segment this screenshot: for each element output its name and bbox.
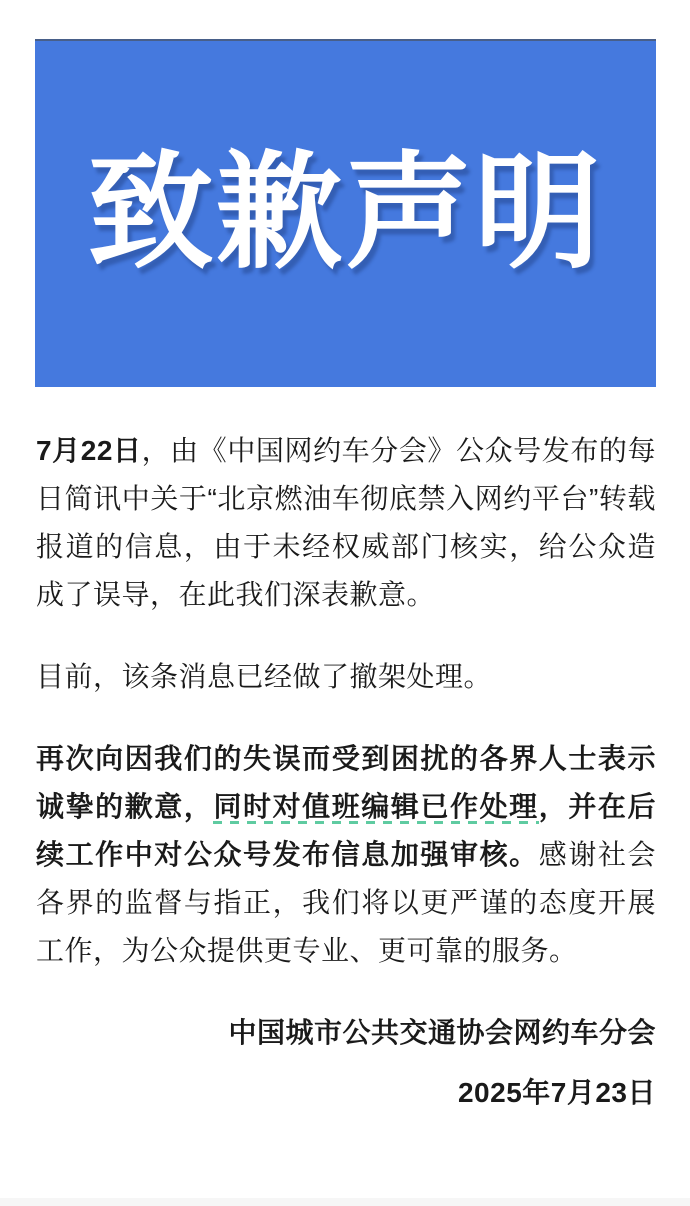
signature: 中国城市公共交通协会网约车分会 bbox=[36, 1009, 656, 1057]
paragraph-3-underlined-phrase: 同时对值班编辑已作处理 bbox=[213, 791, 538, 824]
apology-banner: 致歉声明 bbox=[35, 39, 656, 387]
banner-title: 致歉声明 bbox=[88, 150, 604, 276]
paragraph-1: 7月22日，由《中国网约车分会》公众号发布的每日简讯中关于“北京燃油车彻底禁入网… bbox=[36, 427, 656, 619]
statement-body: 7月22日，由《中国网约车分会》公众号发布的每日简讯中关于“北京燃油车彻底禁入网… bbox=[36, 427, 656, 1117]
paragraph-2: 目前，该条消息已经做了撤架处理。 bbox=[36, 653, 656, 701]
paragraph-3: 再次向因我们的失误而受到困扰的各界人士表示诚挚的歉意，同时对值班编辑已作处理，并… bbox=[36, 735, 656, 975]
statement-date: 2025年7月23日 bbox=[36, 1069, 656, 1117]
paragraph-1-date: 7月22日 bbox=[36, 435, 142, 466]
bottom-edge-divider bbox=[0, 1198, 690, 1206]
statement-page: 致歉声明 7月22日，由《中国网约车分会》公众号发布的每日简讯中关于“北京燃油车… bbox=[0, 0, 690, 1206]
